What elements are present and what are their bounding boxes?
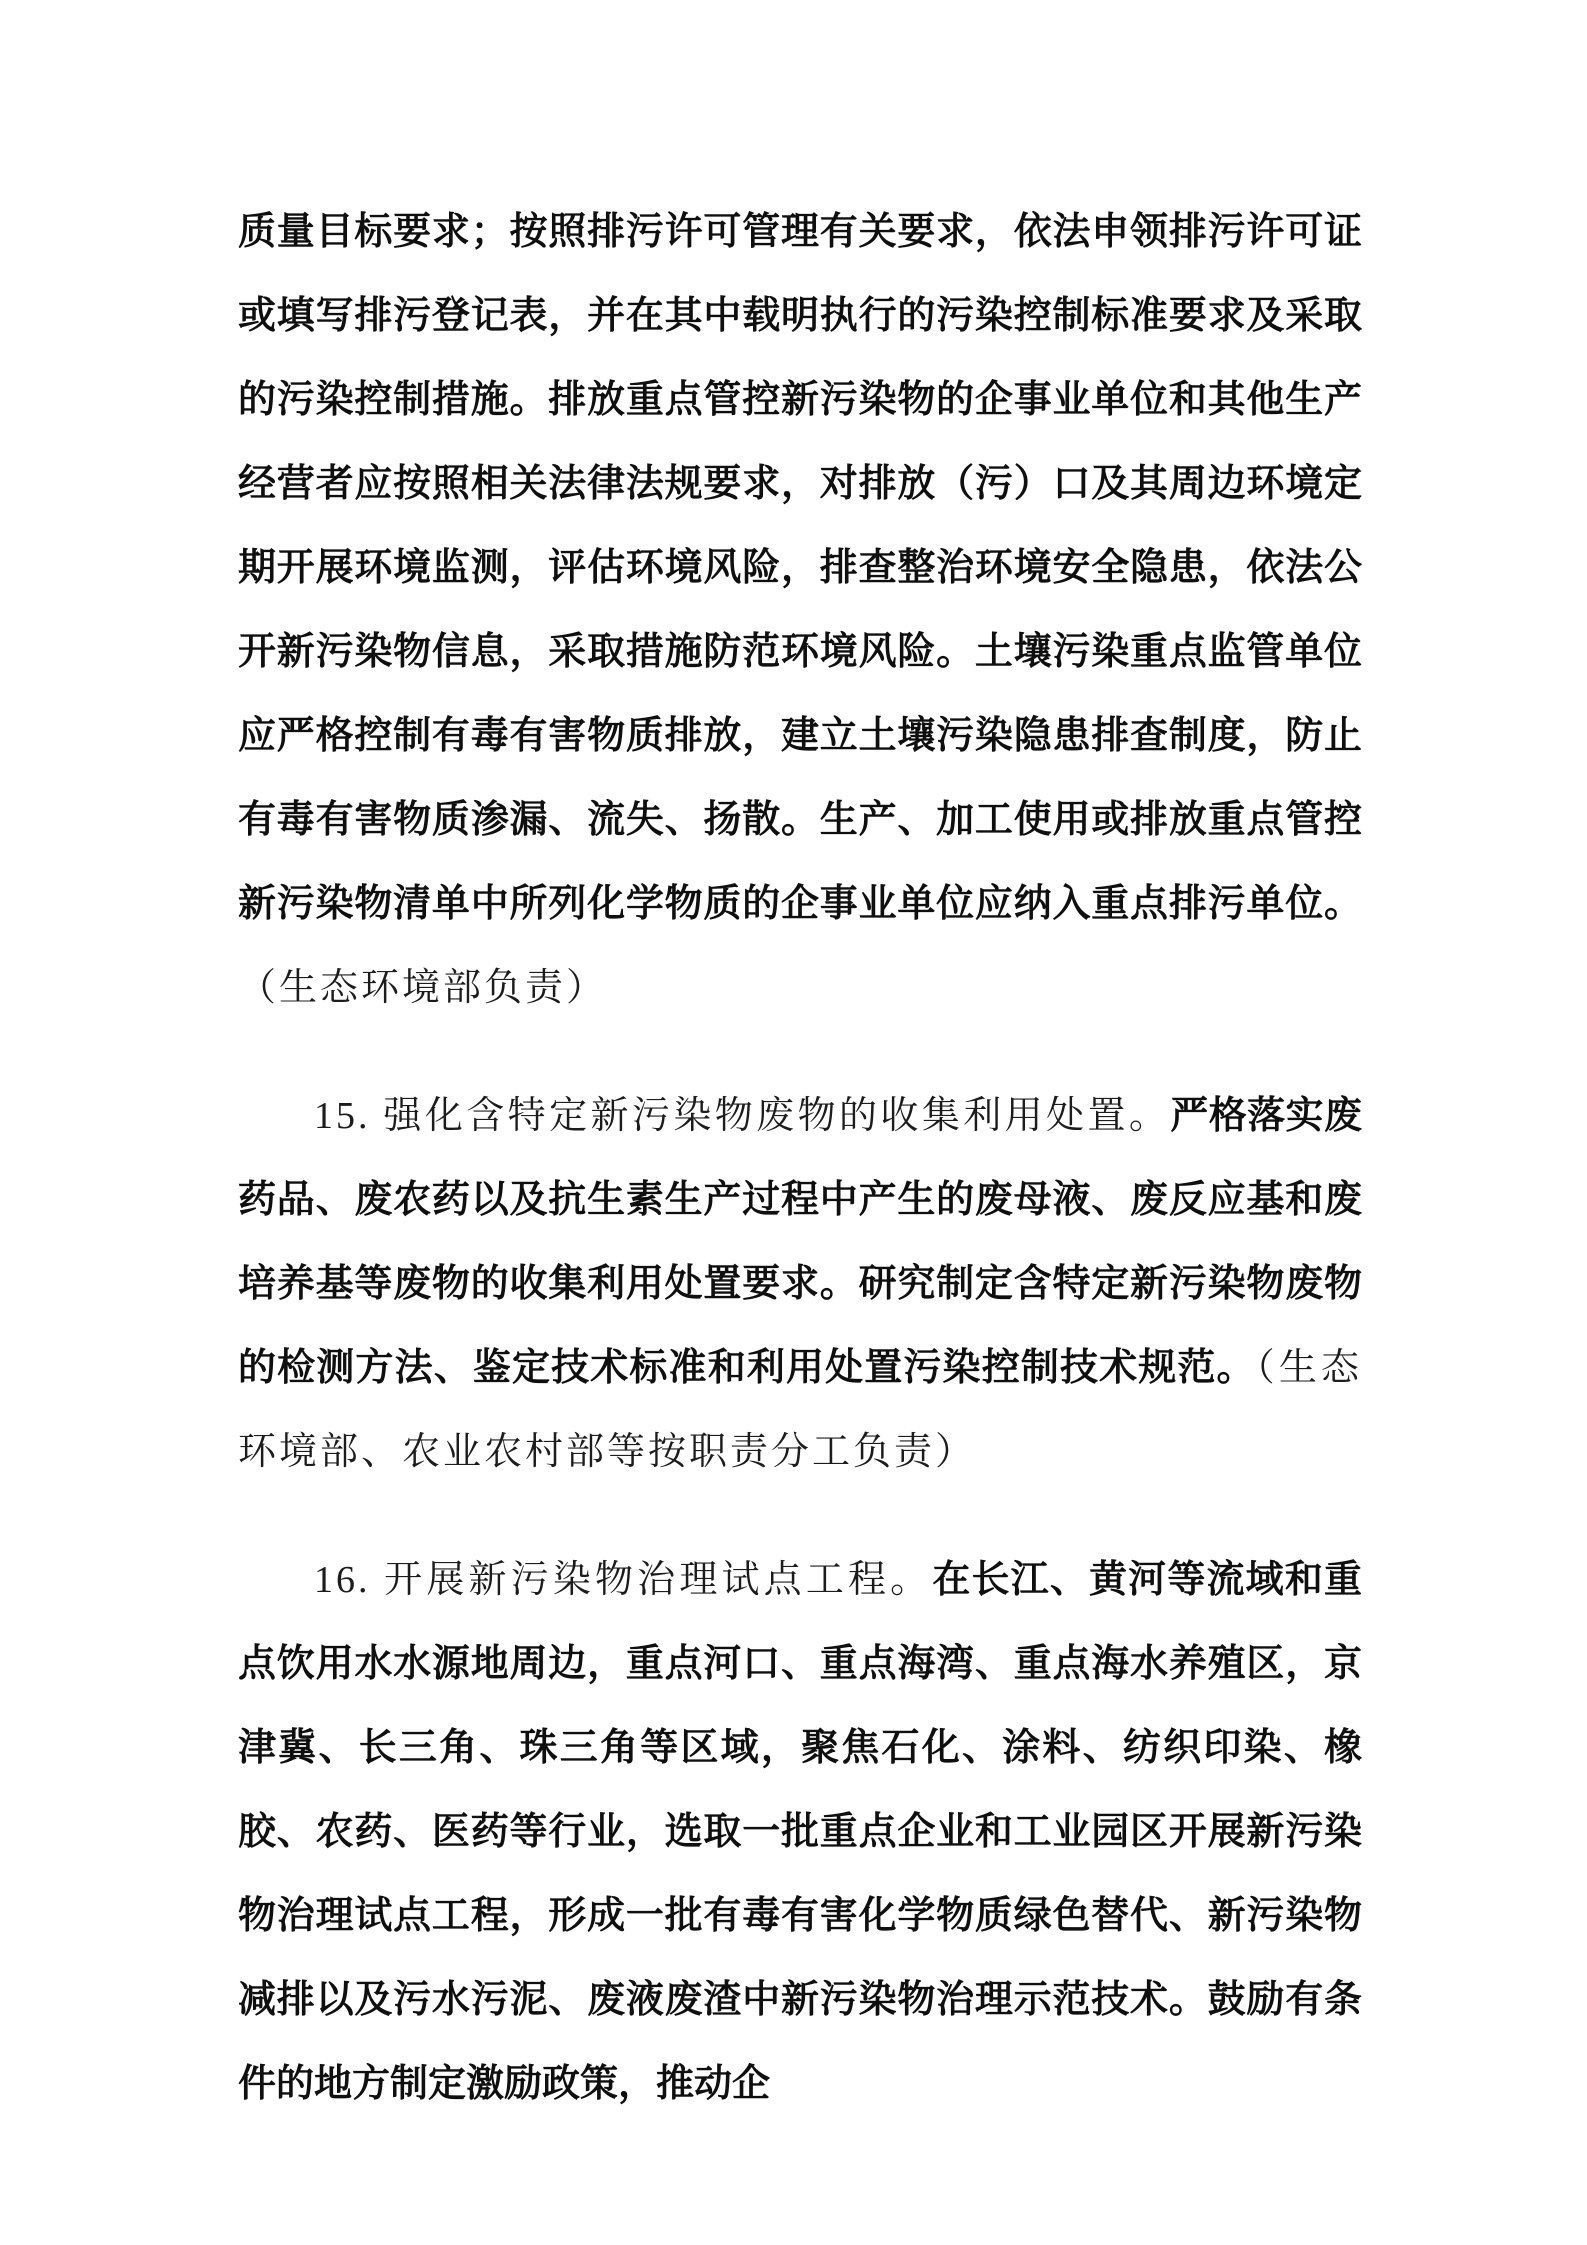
page-text-block: 质量目标要求；按照排污许可管理有关要求，依法申领排污许可证或填写排污登记表，并在… — [238, 190, 1362, 2126]
paragraph-continuation: 质量目标要求；按照排污许可管理有关要求，依法申领排污许可证或填写排污登记表，并在… — [238, 190, 1362, 1030]
document-page: 质量目标要求；按照排污许可管理有关要求，依法申领排污许可证或填写排污登记表，并在… — [0, 0, 1587, 2245]
item-16-heading: 16. 开展新污染物治理试点工程。 — [314, 1559, 932, 1601]
body-text-segment: 在长江、黄河等流域和重点饮用水水源地周边，重点河口、重点海湾、重点海水养殖区，京… — [238, 1559, 1362, 2105]
item-15-heading: 15. 强化含特定新污染物废物的收集利用处置。 — [314, 1095, 1170, 1137]
paragraph-item-15: 15. 强化含特定新污染物废物的收集利用处置。严格落实废药品、废农药以及抗生素生… — [238, 1074, 1362, 1494]
responsible-department-annotation: （生态环境部负责） — [238, 967, 607, 1009]
paragraph-item-16: 16. 开展新污染物治理试点工程。在长江、黄河等流域和重点饮用水水源地周边，重点… — [238, 1538, 1362, 2126]
body-text-segment: 严格落实废药品、废农药以及抗生素生产过程中产生的废母液、废反应基和废培养基等废物… — [238, 1095, 1362, 1389]
body-text-segment: 质量目标要求；按照排污许可管理有关要求，依法申领排污许可证或填写排污登记表，并在… — [238, 211, 1362, 925]
